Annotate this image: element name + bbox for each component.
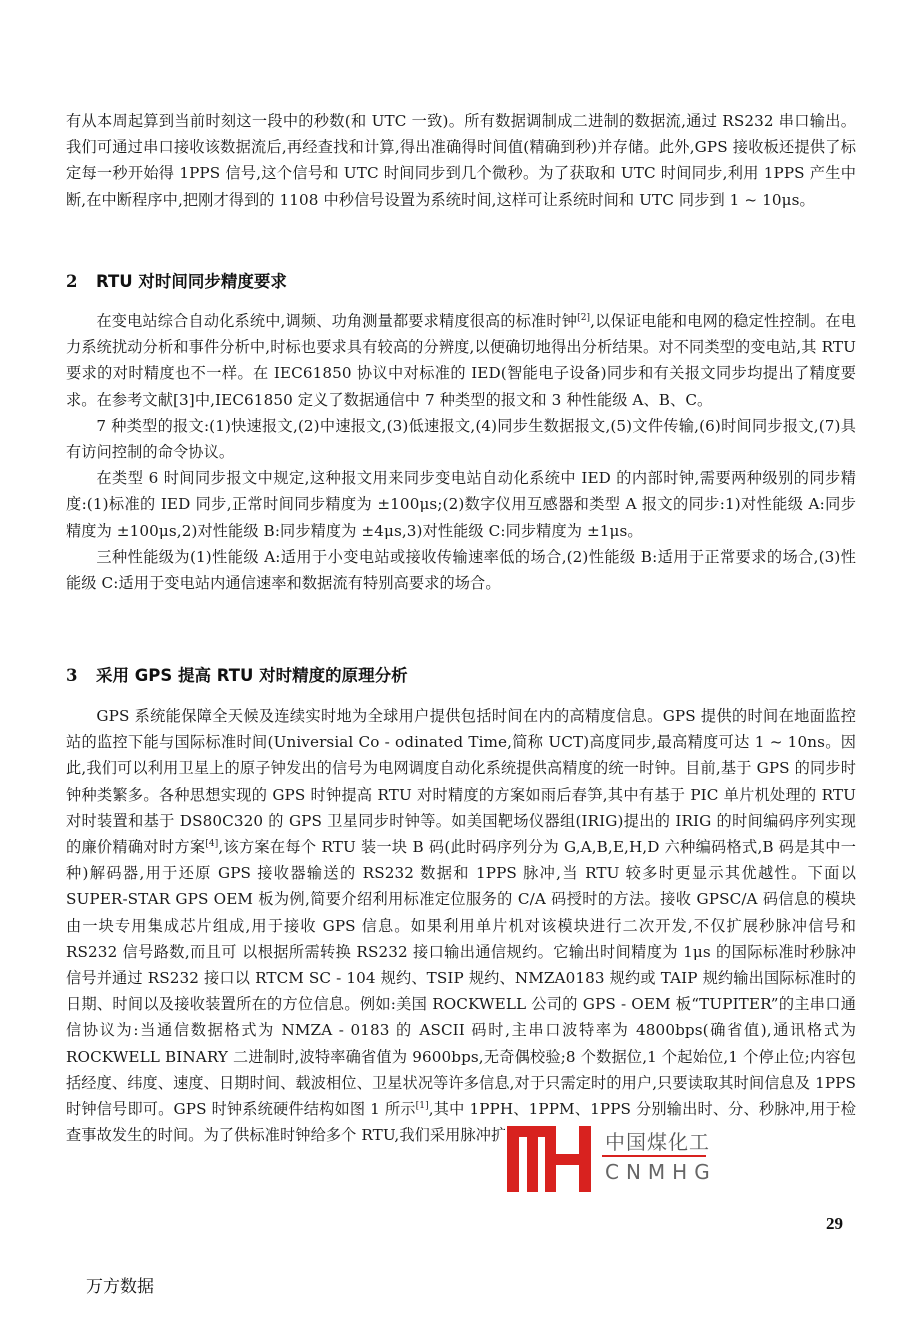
text-run: 在变电站综合自动化系统中,调频、功角测量都要求精度很高的标准时钟 [96, 312, 577, 330]
text-run: GPS 系统能保障全天候及连续实时地为全球用户提供包括时间在内的高精度信息。GP… [66, 707, 856, 856]
document-page: 有从本周起算到当前时刻这一段中的秒数(和 UTC 一致)。所有数据调制成二进制的… [0, 0, 904, 1320]
citation-ref-2: [2] [577, 313, 590, 323]
footer-source-label: 万方数据 [86, 1272, 154, 1297]
watermark-divider [602, 1155, 706, 1157]
section-2-heading: 2RTU 对时间同步精度要求 [66, 269, 287, 295]
intro-block: 有从本周起算到当前时刻这一段中的秒数(和 UTC 一致)。所有数据调制成二进制的… [66, 108, 856, 213]
text-run: ,该方案在每个 RTU 装一块 B 码(此时码序列分为 G,A,B,E,H,D … [66, 838, 856, 1118]
watermark-name-en: CNMHG [605, 1160, 717, 1184]
citation-ref-1: [1] [416, 1101, 429, 1111]
watermark-logo: 中国煤化工 CNMHG [505, 1124, 715, 1194]
section-2-paragraph-2: 7 种类型的报文:(1)快速报文,(2)中速报文,(3)低速报文,(4)同步生数… [66, 413, 856, 465]
section-2-number: 2 [66, 269, 96, 295]
section-3-paragraph-1: GPS 系统能保障全天候及连续实时地为全球用户提供包括时间在内的高精度信息。GP… [66, 703, 856, 1148]
section-2-title: RTU 对时间同步精度要求 [96, 272, 287, 291]
section-2-paragraph-3: 在类型 6 时间同步报文中规定,这种报文用来同步变电站自动化系统中 IED 的内… [66, 465, 856, 544]
section-3-body: GPS 系统能保障全天候及连续实时地为全球用户提供包括时间在内的高精度信息。GP… [66, 703, 856, 1148]
section-2-body: 在变电站综合自动化系统中,调频、功角测量都要求精度很高的标准时钟[2],以保证电… [66, 308, 856, 596]
intro-paragraph: 有从本周起算到当前时刻这一段中的秒数(和 UTC 一致)。所有数据调制成二进制的… [66, 108, 856, 213]
watermark-name-cn: 中国煤化工 [605, 1126, 710, 1155]
section-3-title: 采用 GPS 提高 RTU 对时精度的原理分析 [96, 666, 408, 685]
section-2-paragraph-4: 三种性能级为(1)性能级 A:适用于小变电站或接收传输速率低的场合,(2)性能级… [66, 544, 856, 596]
citation-ref-4: [4] [205, 839, 218, 849]
mh-logo-icon [505, 1124, 593, 1194]
section-3-number: 3 [66, 663, 96, 689]
section-3-heading: 3采用 GPS 提高 RTU 对时精度的原理分析 [66, 663, 408, 689]
page-number: 29 [826, 1214, 843, 1234]
section-2-paragraph-1: 在变电站综合自动化系统中,调频、功角测量都要求精度很高的标准时钟[2],以保证电… [66, 308, 856, 413]
